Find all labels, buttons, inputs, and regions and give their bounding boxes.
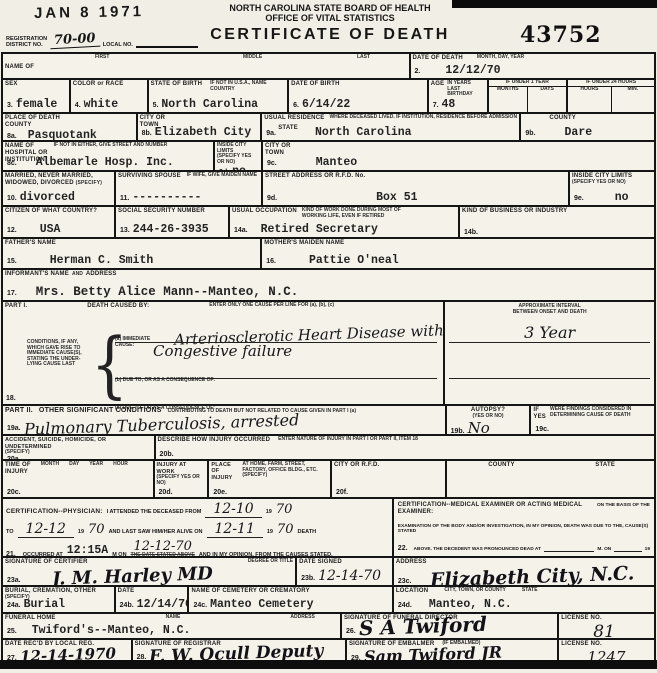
field-residence-county: COUNTY 9b. Dare bbox=[521, 114, 654, 140]
agency-line1: NORTH CAROLINA STATE BOARD OF HEALTH bbox=[165, 3, 495, 13]
field-accident-suicide: ACCIDENT, SUICIDE, HOMICIDE, OR UNDETERM… bbox=[3, 436, 156, 459]
part1-causes: PART I. DEATH CAUSED BY: ENTER ONLY ONE … bbox=[3, 302, 445, 404]
residence-county-value[interactable]: Dare bbox=[565, 126, 593, 139]
field-place-of-injury: PLACE OF INJURY AT HOME, FARM, STREET, F… bbox=[209, 461, 332, 497]
attended-from-year[interactable]: 70 bbox=[276, 502, 293, 517]
field-findings-considered: IF YES WERE FINDINGS CONSIDERED IN DETER… bbox=[531, 406, 654, 434]
informant-value[interactable]: Mrs. Betty Alice Mann--Manteo, N.C. bbox=[36, 285, 299, 299]
scan-artifact-bar-top bbox=[452, 0, 657, 8]
spouse-value[interactable]: ---------- bbox=[132, 191, 201, 204]
interval-value[interactable]: 3 Year bbox=[524, 323, 575, 342]
certifier-address-value[interactable]: Elizabeth City, N.C. bbox=[430, 562, 635, 585]
days-subfield: DAYS bbox=[528, 87, 566, 113]
form-body: NAME OFDECEASED FIRST MIDDLE LAST 1. Ann… bbox=[1, 52, 656, 667]
first-sublabel: FIRST bbox=[95, 55, 109, 61]
field-date-of-death: DATE OF DEATH MONTH, DAY, YEAR 2. 12/12/… bbox=[411, 54, 655, 78]
field-death-inside-city-limits: INSIDE CITY LIMITS(SPECIFY YES OR NO) 8d… bbox=[215, 142, 263, 170]
residence-icl-value[interactable]: no bbox=[615, 191, 629, 204]
district-no-label: DISTRICT NO. bbox=[6, 42, 43, 48]
attended-to-value[interactable]: 12-12 bbox=[18, 521, 74, 538]
field-date-signed: DATE SIGNED 23b. 12-14-70 bbox=[297, 558, 394, 585]
field-informant: INFORMANT'S NAME AND ADDRESS 17. Mrs. Be… bbox=[3, 270, 654, 300]
field-cemetery-location: LOCATION CITY, TOWN, OR COUNTY STATE 24d… bbox=[394, 587, 654, 612]
death-county-value[interactable]: Pasquotank bbox=[28, 129, 97, 140]
field-time-of-injury: TIME OFINJURY MONTH DAY YEAR HOUR 20c. bbox=[3, 461, 155, 497]
residence-city-value[interactable]: Manteo bbox=[316, 156, 357, 169]
field-residence-inside-city-limits: INSIDE CITY LIMITS(SPECIFY YES OR NO) 9e… bbox=[570, 172, 654, 205]
field-surviving-spouse: SURVIVING SPOUSE IF WIFE, GIVE MAIDEN NA… bbox=[116, 172, 263, 205]
date-of-death-value[interactable]: 12/12/70 bbox=[445, 64, 500, 77]
field-state-of-birth: STATE OF BIRTH IF NOT IN U.S.A., NAME CO… bbox=[149, 80, 290, 112]
immediate-cause-value-line2[interactable]: Congestive failure bbox=[153, 342, 292, 360]
last-seen-year[interactable]: 70 bbox=[277, 522, 294, 537]
hospital-value[interactable]: Albemarle Hosp. Inc. bbox=[36, 156, 174, 169]
field-place-of-death-city: CITY ORTOWN 8b. Elizabeth City bbox=[138, 114, 263, 140]
cemetery-location-value[interactable]: Manteo, N.C. bbox=[429, 598, 512, 611]
field-funeral-home: FUNERAL HOME NAME ADDRESS 25. Twiford's-… bbox=[3, 614, 342, 638]
months-subfield: MONTHS bbox=[489, 87, 528, 113]
field-cemetery: NAME OF CEMETERY OR CREMATORY 24c. Mante… bbox=[189, 587, 393, 612]
burial-value[interactable]: Burial bbox=[24, 598, 65, 611]
field-other-significant-conditions: PART II. OTHER SIGNIFICANT CONDITIONS CO… bbox=[3, 406, 447, 434]
death-icl-value[interactable]: no bbox=[232, 165, 246, 170]
field-age: AGE IN YEARS LAST BIRTHDAY 7. 48 bbox=[429, 80, 489, 112]
occupation-value[interactable]: Retired Secretary bbox=[261, 223, 378, 236]
name-label: NAME OF bbox=[5, 64, 34, 70]
field-how-injury-occurred: DESCRIBE HOW INJURY OCCURRED ENTER NATUR… bbox=[156, 436, 654, 459]
funeral-home-value[interactable]: Twiford's--Manteo, N.C. bbox=[32, 624, 191, 637]
field-marital-status: MARRIED, NEVER MARRIED,WIDOWED, DIVORCED… bbox=[3, 172, 116, 205]
certificate-number: 43752 bbox=[520, 22, 602, 48]
attended-to-year[interactable]: 70 bbox=[88, 522, 105, 537]
field-business: KIND OF BUSINESS OR INDUSTRY 14b. bbox=[460, 207, 654, 237]
date-signed-value[interactable]: 12-14-70 bbox=[318, 568, 381, 584]
received-date-stamp: JAN 8 1971 bbox=[34, 3, 144, 22]
funeral-director-signature[interactable]: S A Twiford bbox=[358, 614, 487, 638]
form-header: JAN 8 1971 REGISTRATION DISTRICT NO. 70-… bbox=[0, 0, 657, 52]
last-seen-value[interactable]: 12-11 bbox=[207, 521, 263, 538]
form-title: CERTIFICATE OF DEATH bbox=[165, 26, 495, 44]
field-if-under-24-hours: IF UNDER 24 HOURS HOURS MIN. bbox=[568, 80, 654, 112]
field-color-or-race: COLOR or RACE 4. white bbox=[71, 80, 149, 112]
field-certification-medical-examiner: CERTIFICATION--MEDICAL EXAMINER OR ACTIN… bbox=[394, 499, 654, 556]
certifier-signature[interactable]: J. M. Harley MD bbox=[51, 563, 212, 585]
field-mother-name: MOTHER'S MAIDEN NAME 16. Pattie O'neal bbox=[262, 239, 654, 268]
age-value[interactable]: 48 bbox=[442, 98, 456, 111]
date-of-death-sublabel: MONTH, DAY, YEAR bbox=[477, 55, 524, 62]
death-certificate-page: JAN 8 1971 REGISTRATION DISTRICT NO. 70-… bbox=[0, 0, 657, 673]
field-funeral-director-signature: SIGNATURE OF FUNERAL DIRECTOR 26. S A Tw… bbox=[342, 614, 559, 638]
hours-subfield: HOURS bbox=[568, 87, 611, 113]
attended-from-value[interactable]: 12-10 bbox=[205, 501, 261, 518]
burial-date-value[interactable]: 12/14/70 bbox=[137, 598, 190, 611]
race-value[interactable]: white bbox=[84, 98, 119, 111]
field-injury-at-work: INJURY AT WORK(SPECIFY YES OR NO) 20d. bbox=[155, 461, 210, 497]
field-director-license: LICENSE NO. 81 bbox=[559, 614, 654, 638]
director-license-value[interactable]: 81 bbox=[593, 622, 615, 638]
field-occupation: USUAL OCCUPATION KIND OF WORK DONE DURIN… bbox=[230, 207, 460, 237]
field-certifier-address: ADDRESS 23c. Elizabeth City, N.C. bbox=[394, 558, 654, 585]
death-city-value[interactable]: Elizabeth City bbox=[155, 126, 252, 139]
scan-artifact-bar-bottom bbox=[0, 660, 657, 669]
street-address-value[interactable]: Box 51 bbox=[376, 191, 417, 204]
mother-name-value[interactable]: Pattie O'neal bbox=[309, 254, 399, 267]
marital-value[interactable]: divorced bbox=[20, 191, 75, 204]
last-sublabel: LAST bbox=[357, 55, 370, 61]
local-no-label: LOCAL NO. bbox=[103, 42, 133, 48]
agency-titles: NORTH CAROLINA STATE BOARD OF HEALTH OFF… bbox=[165, 3, 495, 44]
father-name-value[interactable]: Herman C. Smith bbox=[50, 254, 154, 267]
cemetery-value[interactable]: Manteo Cemetery bbox=[210, 598, 314, 611]
field-burial-date: DATE 24b. 12/14/70 bbox=[116, 587, 190, 612]
field-ssn: SOCIAL SECURITY NUMBER 13. 244-26-3935 bbox=[116, 207, 230, 237]
date-of-birth-value[interactable]: 6/14/22 bbox=[302, 98, 350, 111]
time-of-death-value[interactable]: 12:15A bbox=[67, 544, 108, 556]
field-residence-city: CITY ORTOWN 9c. Manteo bbox=[263, 142, 654, 170]
agency-line2: OFFICE OF VITAL STATISTICS bbox=[165, 13, 495, 23]
part1-interval-column: APPROXIMATE INTERVALBETWEEN ONSET AND DE… bbox=[445, 302, 654, 404]
field-injury-city: CITY OR R.F.D. 20f. bbox=[332, 461, 447, 497]
date-of-death-handwritten: 12-12-70 THE DATE STATED ABOVE bbox=[131, 540, 195, 556]
ssn-value[interactable]: 244-26-3935 bbox=[133, 223, 209, 236]
sex-value[interactable]: female bbox=[16, 98, 57, 111]
field-hospital: NAME OFHOSPITAL ORINSTITUTION IF NOT IN … bbox=[3, 142, 215, 170]
field-father-name: FATHER'S NAME 15. Herman C. Smith bbox=[3, 239, 262, 268]
field-injury-county: COUNTY bbox=[447, 461, 557, 497]
field-autopsy: AUTOPSY?(YES OR NO) 19b. No bbox=[447, 406, 532, 434]
field-residence-state: USUAL RESIDENCE WHERE DECEASED LIVED. IF… bbox=[262, 114, 521, 140]
autopsy-value[interactable]: No bbox=[468, 419, 490, 434]
residence-state-value[interactable]: North Carolina bbox=[315, 126, 412, 139]
date-of-death-label: DATE OF DEATH bbox=[413, 55, 463, 62]
field-citizen: CITIZEN OF WHAT COUNTRY? 12. USA bbox=[3, 207, 116, 237]
field-place-of-death-county: PLACE OF DEATH COUNTY 8a. Pasquotank bbox=[3, 114, 138, 140]
field-burial-cremation: BURIAL, CREMATION, OTHER(SPECIFY) 24a. B… bbox=[3, 587, 116, 612]
field-sex: SEX 3. female bbox=[3, 80, 71, 112]
field-date-of-birth: DATE OF BIRTH 6. 6/14/22 bbox=[289, 80, 429, 112]
pronounced-time-blank[interactable] bbox=[544, 543, 594, 552]
field-name-of-deceased: NAME OFDECEASED FIRST MIDDLE LAST 1. Ann… bbox=[3, 54, 411, 78]
state-of-birth-value[interactable]: North Carolina bbox=[161, 98, 258, 111]
pronounced-date-blank[interactable] bbox=[614, 543, 641, 552]
registration-district-value: 70-00 bbox=[50, 31, 100, 50]
field-injury-state: STATE bbox=[556, 461, 654, 497]
field-signature-of-certifier: SIGNATURE OF CERTIFIER DEGREE OR TITLE 2… bbox=[3, 558, 297, 585]
field-if-under-1-year: IF UNDER 1 YEAR MONTHS DAYS bbox=[489, 80, 569, 112]
citizen-value[interactable]: USA bbox=[40, 223, 61, 236]
field-street-address: STREET ADDRESS OR R.F.D. No. 9d. Box 51 bbox=[263, 172, 570, 205]
min-subfield: MIN. bbox=[612, 87, 654, 113]
conditions-label: CONDITIONS, IF ANY, WHICH GAVE RISE TO I… bbox=[27, 340, 89, 368]
field-certification-physician: CERTIFICATION--PHYSICIAN: I ATTENDED THE… bbox=[3, 499, 394, 556]
middle-sublabel: MIDDLE bbox=[243, 55, 262, 61]
